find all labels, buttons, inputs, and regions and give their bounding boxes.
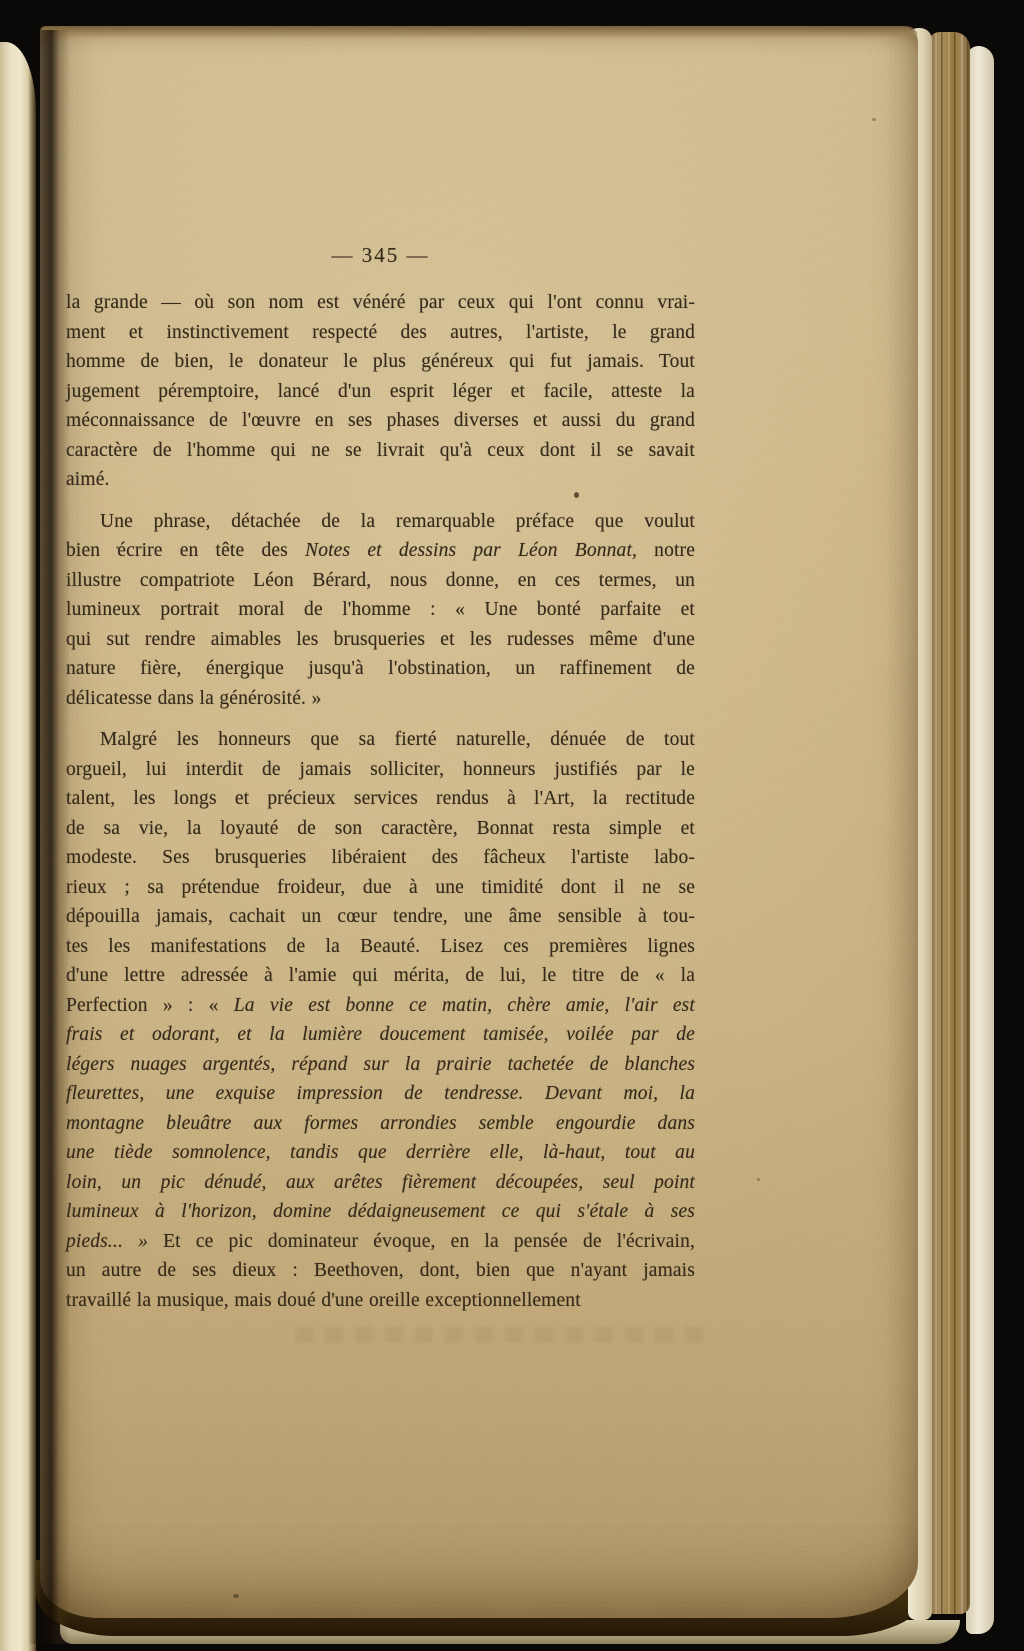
italic-text-segment: pieds... » [66, 1231, 163, 1252]
paper-speck [757, 1178, 760, 1181]
italic-text-segment: loin, un pic dénudé, aux arêtes fièremen… [66, 1172, 695, 1193]
italic-text-segment: légers nuages argentés, répand sur la pr… [66, 1054, 695, 1075]
text-segment: Perfection » : « [66, 995, 234, 1016]
text-segment: caractère de l'homme qui ne se livrait q… [66, 440, 695, 461]
text-line: délicatesse dans la générosité. » [66, 684, 695, 714]
text-segment: travaillé la musique, mais doué d'une or… [66, 1290, 581, 1311]
italic-text-segment: Notes et dessins par Léon Bonnat, [305, 540, 637, 561]
text-segment: qui sut rendre aimables les brusqueries … [66, 629, 695, 650]
paper-speck [872, 118, 876, 121]
text-line: jugement péremptoire, lancé d'un esprit … [66, 377, 695, 407]
paragraph: Malgré les honneurs que sa fierté nature… [66, 725, 695, 1315]
text-segment: aimé. [66, 469, 110, 490]
text-line: d'une lettre adressée à l'amie qui mérit… [66, 961, 695, 991]
text-line: Malgré les honneurs que sa fierté nature… [66, 725, 695, 755]
italic-text-segment: lumineux à l'horizon, domine dédaigneuse… [66, 1201, 695, 1222]
text-segment: d'une lettre adressée à l'amie qui mérit… [66, 965, 695, 986]
text-segment: Une phrase, détachée de la remarquable p… [100, 511, 695, 532]
page-number: — 345 — [66, 240, 695, 270]
page-top-deckle-edge [40, 26, 918, 38]
text-segment: méconnaissance de l'œuvre en ses phases … [66, 410, 695, 431]
text-line: montagne bleuâtre aux formes arrondies s… [66, 1109, 695, 1139]
right-page-stack-edges [928, 32, 970, 1614]
text-line: ment et instinctivement respecté des aut… [66, 318, 695, 348]
text-line: caractère de l'homme qui ne se livrait q… [66, 436, 695, 466]
text-line: un autre de ses dieux : Beethoven, dont,… [66, 1256, 695, 1286]
text-line: lumineux portrait moral de l'homme : « U… [66, 595, 695, 625]
text-body: la grande — où son nom est vénéré par ce… [66, 288, 695, 1315]
outer-flyleaf-edge [966, 46, 994, 1634]
text-segment: nature fière, énergique jusqu'à l'obstin… [66, 658, 695, 679]
text-line: qui sut rendre aimables les brusqueries … [66, 625, 695, 655]
text-segment: ment et instinctivement respecté des aut… [66, 322, 695, 343]
text-line: Perfection » : « La vie est bonne ce mat… [66, 991, 695, 1021]
italic-text-segment: La vie est bonne ce matin, chère amie, l… [234, 995, 695, 1016]
text-line: homme de bien, le donateur le plus génér… [66, 347, 695, 377]
text-line: travaillé la musique, mais doué d'une or… [66, 1286, 695, 1316]
text-segment: modeste. Ses brusqueries libéraient des … [66, 847, 695, 868]
text-line: talent, les longs et précieux services r… [66, 784, 695, 814]
text-line: légers nuages argentés, répand sur la pr… [66, 1050, 695, 1080]
text-segment: illustre compatriote Léon Bérard, nous d… [66, 570, 695, 591]
italic-text-segment: montagne bleuâtre aux formes arrondies s… [66, 1113, 695, 1134]
italic-text-segment: frais et odorant, et la lumière doucemen… [66, 1024, 695, 1045]
text-segment: notre [637, 540, 695, 561]
facing-page-edge [0, 42, 36, 1651]
text-line: de sa vie, la loyauté de son caractère, … [66, 814, 695, 844]
text-line: dépouilla jamais, cachait un cœur tendre… [66, 902, 695, 932]
text-line: modeste. Ses brusqueries libéraient des … [66, 843, 695, 873]
text-segment: la grande — où son nom est vénéré par ce… [66, 292, 695, 313]
book-scan-photo: { "colors": { "background": "#0a0908", "… [0, 0, 1024, 1651]
text-segment: dépouilla jamais, cachait un cœur tendre… [66, 906, 695, 927]
text-segment: talent, les longs et précieux services r… [66, 788, 695, 809]
text-segment: lumineux portrait moral de l'homme : « U… [66, 599, 695, 620]
ink-bleed-through [295, 1327, 715, 1343]
text-line: lumineux à l'horizon, domine dédaigneuse… [66, 1197, 695, 1227]
text-segment: tes les manifestations de la Beauté. Lis… [66, 936, 695, 957]
italic-text-segment: une tiède somnolence, tandis que derrièr… [66, 1142, 695, 1163]
text-segment: Malgré les honneurs que sa fierté nature… [100, 729, 695, 750]
text-segment: rieux ; sa prétendue froideur, due à une… [66, 877, 695, 898]
text-line: fleurettes, une exquise impression de te… [66, 1079, 695, 1109]
text-line: une tiède somnolence, tandis que derrièr… [66, 1138, 695, 1168]
text-line: méconnaissance de l'œuvre en ses phases … [66, 406, 695, 436]
text-line: tes les manifestations de la Beauté. Lis… [66, 932, 695, 962]
text-segment: bien écrire en tête des [66, 540, 305, 561]
italic-text-segment: fleurettes, une exquise impression de te… [66, 1083, 695, 1104]
text-line: loin, un pic dénudé, aux arêtes fièremen… [66, 1168, 695, 1198]
text-segment: orgueil, lui interdit de jamais sollicit… [66, 759, 695, 780]
text-line: Une phrase, détachée de la remarquable p… [66, 507, 695, 537]
paper-speck [233, 1594, 239, 1598]
text-line: orgueil, lui interdit de jamais sollicit… [66, 755, 695, 785]
text-segment: jugement péremptoire, lancé d'un esprit … [66, 381, 695, 402]
text-segment: délicatesse dans la générosité. » [66, 688, 321, 709]
text-segment: homme de bien, le donateur le plus génér… [66, 351, 695, 372]
printed-text-block: — 345 — la grande — où son nom est vénér… [66, 240, 695, 1315]
text-segment: un autre de ses dieux : Beethoven, dont,… [66, 1260, 695, 1281]
text-line: rieux ; sa prétendue froideur, due à une… [66, 873, 695, 903]
text-line: nature fière, énergique jusqu'à l'obstin… [66, 654, 695, 684]
text-line: frais et odorant, et la lumière doucemen… [66, 1020, 695, 1050]
paragraph: Une phrase, détachée de la remarquable p… [66, 507, 695, 714]
text-segment: Et ce pic dominateur évoque, en la pensé… [163, 1231, 695, 1252]
text-line: pieds... » Et ce pic dominateur évoque, … [66, 1227, 695, 1257]
paragraph: la grande — où son nom est vénéré par ce… [66, 288, 695, 495]
text-line: bien écrire en tête des Notes et dessins… [66, 536, 695, 566]
text-segment: de sa vie, la loyauté de son caractère, … [66, 818, 695, 839]
text-line: la grande — où son nom est vénéré par ce… [66, 288, 695, 318]
text-line: illustre compatriote Léon Bérard, nous d… [66, 566, 695, 596]
text-line: aimé. [66, 465, 695, 495]
